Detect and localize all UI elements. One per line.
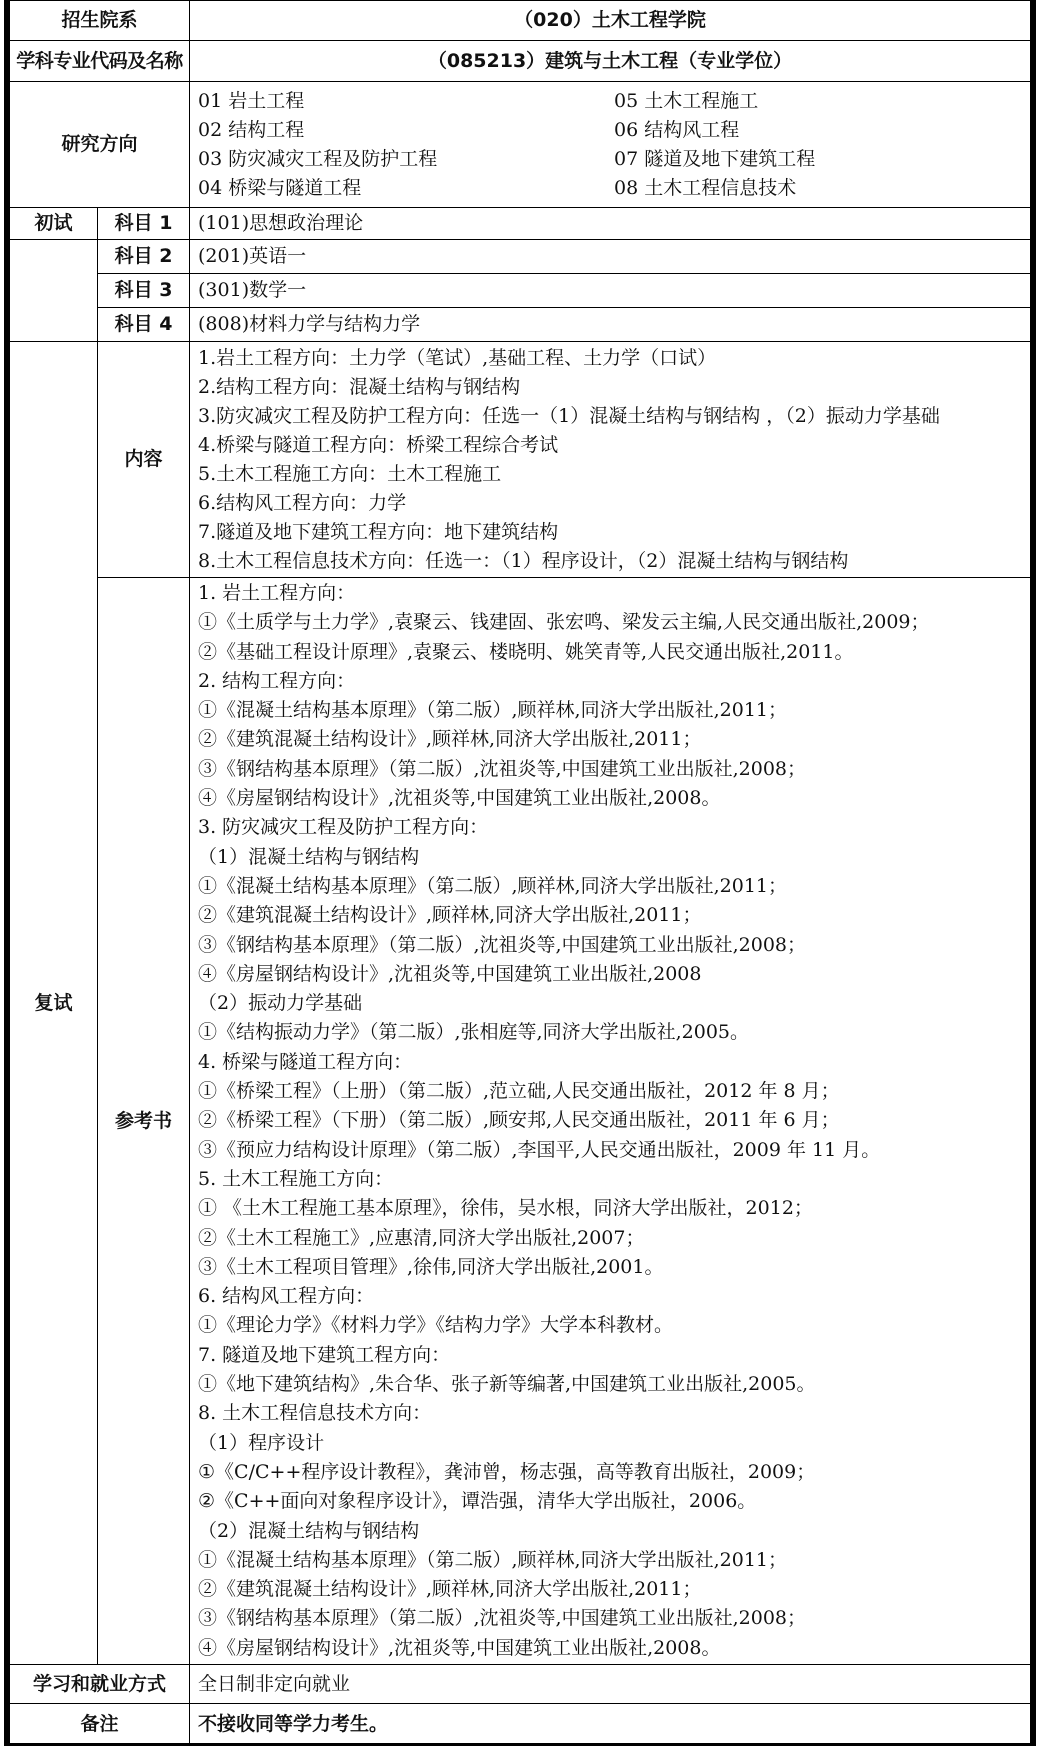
retest-label: 复试: [10, 342, 98, 1665]
research-directions-cell: 01 岩土工程 02 结构工程 03 防灾减灾工程及防护工程 04 桥梁与隧道工…: [190, 82, 1031, 208]
row-remarks: 备注 不接收同等学力考生。: [10, 1704, 1031, 1746]
direction-item: 04 桥梁与隧道工程: [198, 174, 614, 203]
content-line: 7.隧道及地下建筑工程方向：地下建筑结构: [198, 518, 1030, 547]
retest-references-list: 1. 岩土工程方向： ①《土质学与土力学》,袁聚云、钱建固、张宏鸣、梁发云主编,…: [190, 578, 1031, 1665]
reference-line: 8. 土木工程信息技术方向：: [198, 1399, 1030, 1428]
row-retest-content: 复试 内容 1.岩土工程方向：土力学（笔试）,基础工程、土力学（口试） 2.结构…: [10, 342, 1031, 578]
reference-line: （2）振动力学基础: [198, 989, 1030, 1018]
reference-line: ④《房屋钢结构设计》,沈祖炎等,中国建筑工业出版社,2008: [198, 960, 1030, 989]
content-line: 5.土木工程施工方向：土木工程施工: [198, 460, 1030, 489]
reference-line: ④《房屋钢结构设计》,沈祖炎等,中国建筑工业出版社,2008。: [198, 1634, 1030, 1663]
reference-line: ①《土质学与土力学》,袁聚云、钱建固、张宏鸣、梁发云主编,人民交通出版社,200…: [198, 608, 1030, 637]
content-line: 4.桥梁与隧道工程方向：桥梁工程综合考试: [198, 431, 1030, 460]
row-research-directions: 研究方向 01 岩土工程 02 结构工程 03 防灾减灾工程及防护工程 04 桥…: [10, 82, 1031, 208]
reference-line: ②《基础工程设计原理》,袁聚云、楼晓明、姚笑青等,人民交通出版社,2011。: [198, 638, 1030, 667]
study-mode-label: 学习和就业方式: [10, 1665, 190, 1704]
retest-content-label: 内容: [98, 342, 190, 578]
subject-value: (201)英语一: [190, 240, 1031, 274]
reference-line: ③《钢结构基本原理》（第二版）,沈祖炎等,中国建筑工业出版社,2008；: [198, 1604, 1030, 1633]
subject-label: 科目 4: [98, 308, 190, 342]
department-label: 招生院系: [10, 1, 190, 41]
row-retest-references: 参考书 1. 岩土工程方向： ①《土质学与土力学》,袁聚云、钱建固、张宏鸣、梁发…: [10, 578, 1031, 1665]
remarks-value: 不接收同等学力考生。: [190, 1704, 1031, 1746]
direction-item: 06 结构风工程: [614, 116, 1030, 145]
content-line: 8.土木工程信息技术方向：任选一：（1）程序设计，（2）混凝土结构与钢结构: [198, 547, 1030, 576]
reference-line: 2. 结构工程方向：: [198, 667, 1030, 696]
admissions-table-sheet: 招生院系 （020）土木工程学院 学科专业代码及名称 （085213）建筑与土木…: [4, 0, 1036, 1746]
major-value: （085213）建筑与土木工程（专业学位）: [190, 41, 1031, 82]
subject-label: 科目 2: [98, 240, 190, 274]
reference-line: ③《土木工程项目管理》,徐伟,同济大学出版社,2001。: [198, 1253, 1030, 1282]
remarks-label: 备注: [10, 1704, 190, 1746]
reference-line: ①《混凝土结构基本原理》（第二版）,顾祥林,同济大学出版社,2011；: [198, 696, 1030, 725]
subject-value: (101)思想政治理论: [190, 208, 1031, 240]
direction-item: 08 土木工程信息技术: [614, 174, 1030, 203]
reference-line: 1. 岩土工程方向：: [198, 579, 1030, 608]
reference-line: ①《混凝土结构基本原理》（第二版）,顾祥林,同济大学出版社,2011；: [198, 1546, 1030, 1575]
reference-line: ①《地下建筑结构》,朱合华、张子新等编著,中国建筑工业出版社,2005。: [198, 1370, 1030, 1399]
reference-line: （1）程序设计: [198, 1429, 1030, 1458]
research-directions-label: 研究方向: [10, 82, 190, 208]
reference-line: ②《建筑混凝土结构设计》,顾祥林,同济大学出版社,2011；: [198, 1575, 1030, 1604]
reference-line: ① 《土木工程施工基本原理》，徐伟，吴水根，同济大学出版社，2012；: [198, 1194, 1030, 1223]
reference-line: ②《桥梁工程》（下册）（第二版）,顾安邦,人民交通出版社，2011 年 6 月；: [198, 1106, 1030, 1135]
row-department: 招生院系 （020）土木工程学院: [10, 1, 1031, 41]
row-subject-3: 科目 3 (301)数学一: [10, 274, 1031, 308]
content-line: 2.结构工程方向：混凝土结构与钢结构: [198, 373, 1030, 402]
department-value: （020）土木工程学院: [190, 1, 1031, 41]
subject-label: 科目 3: [98, 274, 190, 308]
reference-line: 3. 防灾减灾工程及防护工程方向：: [198, 813, 1030, 842]
reference-line: ①《理论力学》《材料力学》《结构力学》大学本科教材。: [198, 1311, 1030, 1340]
directions-left-column: 01 岩土工程 02 结构工程 03 防灾减灾工程及防护工程 04 桥梁与隧道工…: [198, 87, 614, 203]
content-line: 6.结构风工程方向：力学: [198, 489, 1030, 518]
preliminary-spacer: [10, 240, 98, 342]
reference-line: （1）混凝土结构与钢结构: [198, 843, 1030, 872]
reference-line: 7. 隧道及地下建筑工程方向：: [198, 1341, 1030, 1370]
admissions-table: 招生院系 （020）土木工程学院 学科专业代码及名称 （085213）建筑与土木…: [9, 0, 1031, 1746]
reference-line: ②《建筑混凝土结构设计》,顾祥林,同济大学出版社,2011；: [198, 725, 1030, 754]
reference-line: ②《土木工程施工》,应惠清,同济大学出版社,2007；: [198, 1224, 1030, 1253]
row-subject-4: 科目 4 (808)材料力学与结构力学: [10, 308, 1031, 342]
row-major: 学科专业代码及名称 （085213）建筑与土木工程（专业学位）: [10, 41, 1031, 82]
subject-value: (301)数学一: [190, 274, 1031, 308]
direction-item: 03 防灾减灾工程及防护工程: [198, 145, 614, 174]
direction-item: 01 岩土工程: [198, 87, 614, 116]
row-subject-1: 初试 科目 1 (101)思想政治理论: [10, 208, 1031, 240]
retest-content-list: 1.岩土工程方向：土力学（笔试）,基础工程、土力学（口试） 2.结构工程方向：混…: [190, 342, 1031, 578]
content-line: 1.岩土工程方向：土力学（笔试）,基础工程、土力学（口试）: [198, 344, 1030, 373]
direction-item: 05 土木工程施工: [614, 87, 1030, 116]
preliminary-label: 初试: [10, 208, 98, 240]
reference-line: ③《预应力结构设计原理》（第二版）,李国平,人民交通出版社，2009 年 11 …: [198, 1136, 1030, 1165]
directions-right-column: 05 土木工程施工 06 结构风工程 07 隧道及地下建筑工程 08 土木工程信…: [614, 87, 1030, 203]
row-subject-2: 科目 2 (201)英语一: [10, 240, 1031, 274]
subject-label: 科目 1: [98, 208, 190, 240]
reference-line: ①《桥梁工程》（上册）（第二版）,范立础,人民交通出版社，2012 年 8 月；: [198, 1077, 1030, 1106]
row-study-mode: 学习和就业方式 全日制非定向就业: [10, 1665, 1031, 1704]
subject-value: (808)材料力学与结构力学: [190, 308, 1031, 342]
direction-item: 02 结构工程: [198, 116, 614, 145]
reference-line: ①《结构振动力学》（第二版）,张相庭等,同济大学出版社,2005。: [198, 1018, 1030, 1047]
direction-item: 07 隧道及地下建筑工程: [614, 145, 1030, 174]
content-line: 3.防灾减灾工程及防护工程方向：任选一（1）混凝土结构与钢结构 ，（2）振动力学…: [198, 402, 1030, 431]
reference-line: ④《房屋钢结构设计》,沈祖炎等,中国建筑工业出版社,2008。: [198, 784, 1030, 813]
reference-line: 6. 结构风工程方向：: [198, 1282, 1030, 1311]
study-mode-value: 全日制非定向就业: [190, 1665, 1031, 1704]
retest-references-label: 参考书: [98, 578, 190, 1665]
reference-line: 5. 土木工程施工方向：: [198, 1165, 1030, 1194]
reference-line: ①《C/C++程序设计教程》，龚沛曾，杨志强，高等教育出版社，2009；: [198, 1458, 1030, 1487]
major-label: 学科专业代码及名称: [10, 41, 190, 82]
reference-line: ③《钢结构基本原理》（第二版）,沈祖炎等,中国建筑工业出版社,2008；: [198, 755, 1030, 784]
reference-line: 4. 桥梁与隧道工程方向：: [198, 1048, 1030, 1077]
reference-line: ③《钢结构基本原理》（第二版）,沈祖炎等,中国建筑工业出版社,2008；: [198, 931, 1030, 960]
reference-line: （2）混凝土结构与钢结构: [198, 1517, 1030, 1546]
reference-line: ②《C++面向对象程序设计》，谭浩强，清华大学出版社，2006。: [198, 1487, 1030, 1516]
reference-line: ②《建筑混凝土结构设计》,顾祥林,同济大学出版社,2011；: [198, 901, 1030, 930]
reference-line: ①《混凝土结构基本原理》（第二版）,顾祥林,同济大学出版社,2011；: [198, 872, 1030, 901]
